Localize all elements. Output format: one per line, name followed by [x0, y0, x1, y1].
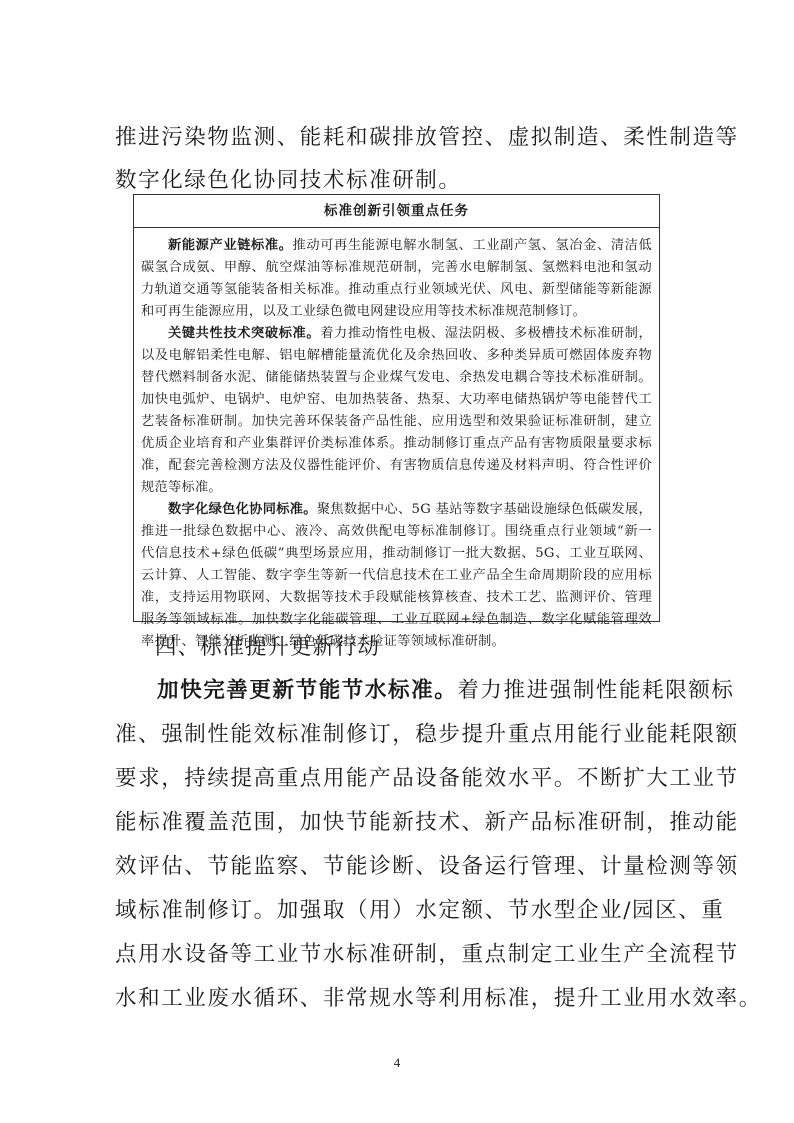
box-p3-line-1: 数字化绿色化协同标准。聚焦数据中心、5G 基站等数字基础设施绿色低碳发展， [141, 499, 652, 521]
section-line-6: 域标准制修订。加强取（用）水定额、节水型企业/园区、重 [115, 897, 681, 925]
section-line-7: 点用水设备等工业节水标准研制，重点制定工业生产全流程节 [115, 941, 681, 969]
intro-line-1: 推进污染物监测、能耗和碳排放管控、虚拟制造、柔性制造等 [115, 124, 681, 152]
box-p3-line-4: 云计算、人工智能、数字孪生等新一代信息技术在工业产品全生命周期阶段的应用标 [141, 565, 652, 587]
box-p2-line-2: 以及电解铝柔性电解、铝电解槽能量流优化及余热回收、多种类异质可燃固体废弃物 [141, 345, 652, 367]
page-number: 4 [0, 1055, 794, 1071]
box-p1-line-4: 和可再生能源应用，以及工业绿色微电网建设应用等技术标准规范制修订。 [141, 301, 652, 323]
section-line-2: 准、强制性能效标准制修订，稳步提升重点用能行业能耗限额 [115, 721, 681, 749]
key-tasks-box: 标准创新引领重点任务 新能源产业链标准。推动可再生能源电解水制氢、工业副产氢、氢… [133, 194, 660, 622]
box-p1-line-2: 碳氢合成氨、甲醇、航空煤油等标准规范研制，完善水电解制氢、氢燃料电池和氢动 [141, 257, 652, 279]
box-title: 标准创新引领重点任务 [134, 195, 659, 228]
box-p3-line-3: 代信息技术+绿色低碳”典型场景应用，推动制修订一批大数据、5G、工业互联网、 [141, 543, 652, 565]
section-heading: 四、标准提升更新行动 [155, 634, 380, 662]
box-p1-lead: 新能源产业链标准。 [168, 238, 293, 253]
box-p3-line-2: 推进一批绿色数据中心、液冷、高效供配电等标准制修订。围绕重点行业领域“新一 [141, 521, 652, 543]
box-p2-line-3: 替代燃料制备水泥、储能储热装置与企业煤气发电、余热发电耦合等技术标准研制。 [141, 367, 652, 389]
section-line-5: 效评估、节能监察、节能诊断、设备运行管理、计量检测等领 [115, 853, 681, 881]
intro-line-2: 数字化绿色化协同技术标准研制。 [115, 167, 681, 195]
box-p1-text: 推动可再生能源电解水制氢、工业副产氢、氢冶金、清洁低 [293, 238, 652, 253]
box-p2-line-1: 关键共性技术突破标准。着力推动惰性电极、湿法阴极、多极槽技术标准研制， [141, 323, 652, 345]
box-p2-line-4: 加快电弧炉、电锅炉、电炉窑、电加热装备、热泵、大功率电储热锅炉等电能替代工 [141, 389, 652, 411]
box-p3-text: 聚焦数据中心、5G 基站等数字基础设施绿色低碳发展， [317, 502, 652, 517]
box-p1-line-3: 力轨道交通等氢能装备相关标准。推动重点行业领域光伏、风电、新型储能等新能源 [141, 279, 652, 301]
box-p3-line-5: 准，支持运用物联网、大数据等技术手段赋能核算核查、技术工艺、监测评价、管理 [141, 587, 652, 609]
box-p1-line-1: 新能源产业链标准。推动可再生能源电解水制氢、工业副产氢、氢冶金、清洁低 [141, 235, 652, 257]
box-p2-line-8: 规范等标准。 [141, 477, 652, 499]
box-p2-lead: 关键共性技术突破标准。 [168, 326, 320, 341]
box-p2-line-6: 优质企业培育和产业集群评价类标准体系。推动制修订重点产品有害物质限量要求标 [141, 433, 652, 455]
section-line-4: 能标准覆盖范围，加快节能新技术、新产品标准研制，推动能 [115, 809, 681, 837]
box-p3-lead: 数字化绿色化协同标准。 [168, 502, 317, 517]
box-p2-line-5: 艺装备标准研制。加快完善环保装备产品性能、应用选型和效果验证标准研制，建立 [141, 411, 652, 433]
section-line-3: 要求，持续提高重点用能产品设备能效水平。不断扩大工业节 [115, 765, 681, 793]
section-lead: 加快完善更新节能节水标准。 [157, 678, 457, 703]
section-text: 着力推进强制性能耗限额标 [457, 678, 734, 703]
box-p3-line-6: 服务等领域标准。加快数字化能碳管理、工业互联网+绿色制造、数字化赋能管理效 [141, 609, 652, 631]
box-p2-text: 着力推动惰性电极、湿法阴极、多极槽技术标准研制， [320, 326, 652, 341]
box-p2-line-7: 准，配套完善检测方法及仪器性能评价、有害物质信息传递及材料声明、符合性评价 [141, 455, 652, 477]
section-line-1: 加快完善更新节能节水标准。着力推进强制性能耗限额标 [115, 677, 681, 705]
section-line-8: 水和工业废水循环、非常规水等利用标准，提升工业用水效率。 [115, 985, 681, 1013]
